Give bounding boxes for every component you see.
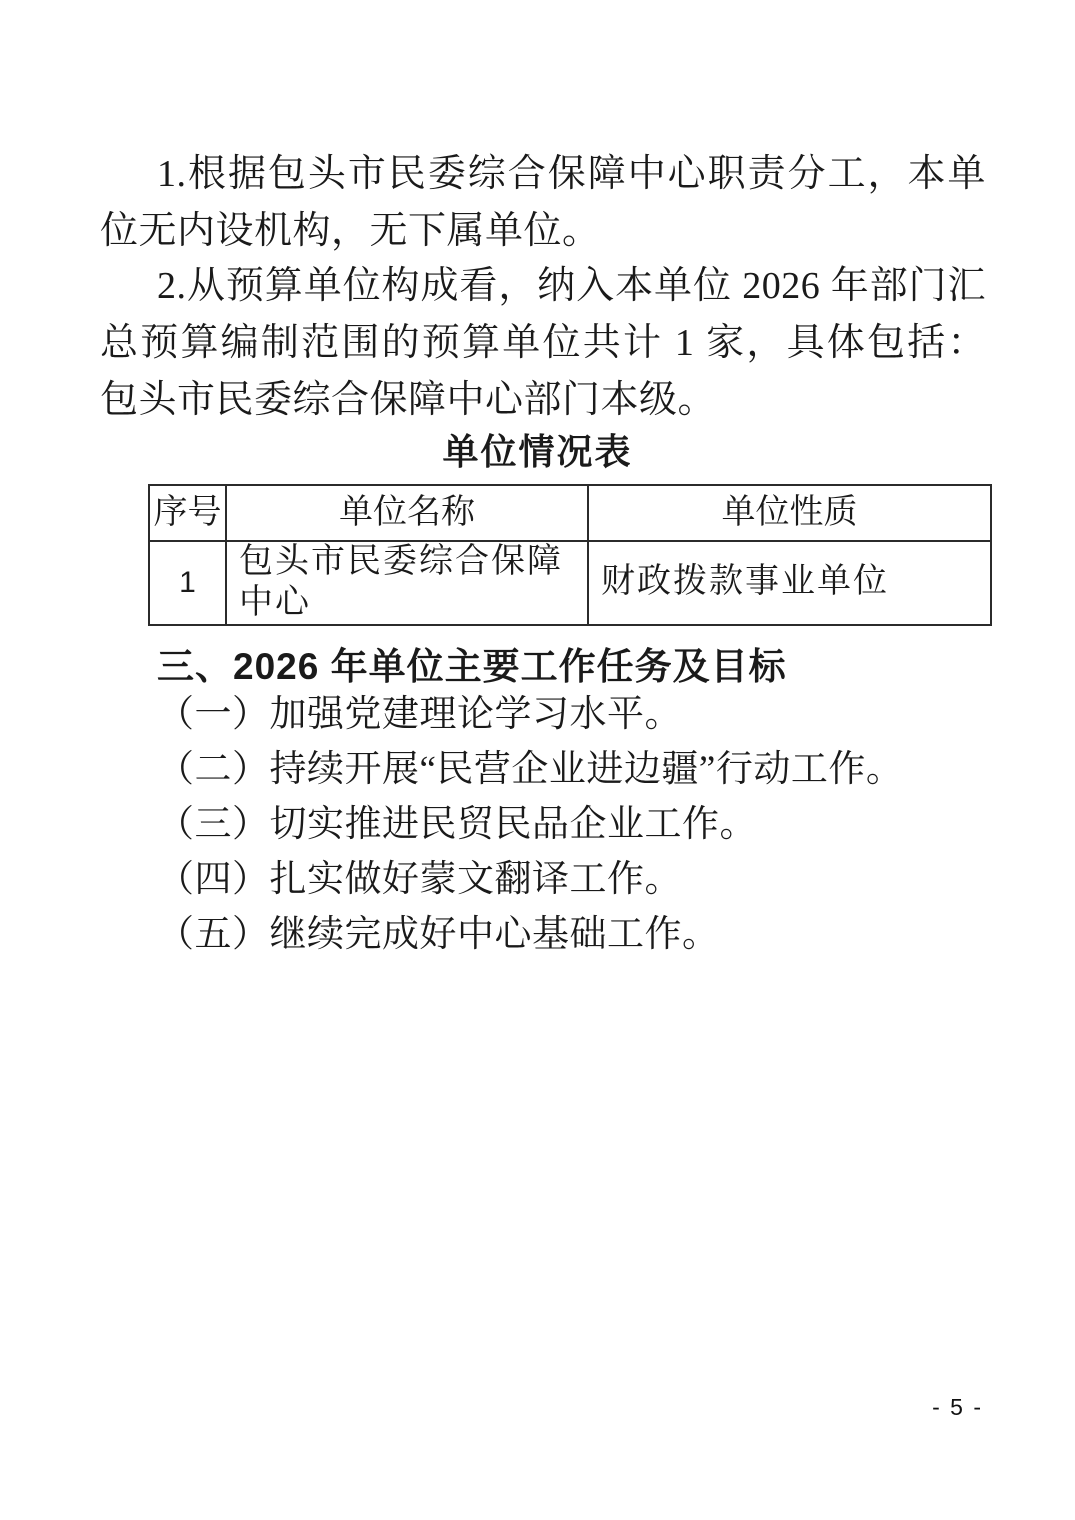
work-item-1: （一）加强党建理论学习水平。 xyxy=(100,694,986,736)
cell-row-index: 1 xyxy=(149,541,226,625)
body-paragraph-1: 1.根据包头市民委综合保障中心职责分工，本单位无内设机构，无下属单位。 xyxy=(100,146,986,260)
work-item-2: （二）持续开展“民营企业进边疆”行动工作。 xyxy=(100,749,986,791)
unit-info-table: 序号 单位名称 单位性质 1 包头市民委综合保障中心 财政拨款事业单位 xyxy=(148,484,992,626)
table-header-row: 序号 单位名称 单位性质 xyxy=(149,485,991,541)
body-paragraph-2: 2.从预算单位构成看，纳入本单位 2026 年部门汇总预算编制范围的预算单位共计… xyxy=(100,258,986,429)
work-item-4: （四）扎实做好蒙文翻译工作。 xyxy=(100,859,986,901)
work-item-3: （三）切实推进民贸民品企业工作。 xyxy=(100,804,986,846)
cell-unit-type: 财政拨款事业单位 xyxy=(588,541,991,625)
header-cell-unit-name: 单位名称 xyxy=(226,485,588,541)
work-item-5: （五）继续完成好中心基础工作。 xyxy=(100,914,986,956)
page-number: - 5 - xyxy=(932,1394,983,1421)
section-heading: 三、2026 年单位主要工作任务及目标 xyxy=(100,636,986,690)
table-row: 1 包头市民委综合保障中心 财政拨款事业单位 xyxy=(149,541,991,625)
cell-unit-name: 包头市民委综合保障中心 xyxy=(226,541,588,625)
table-title: 单位情况表 xyxy=(0,424,1075,475)
header-cell-unit-type: 单位性质 xyxy=(588,485,991,541)
document-page: 1.根据包头市民委综合保障中心职责分工，本单位无内设机构，无下属单位。 2.从预… xyxy=(0,0,1075,1520)
header-cell-index: 序号 xyxy=(149,485,226,541)
